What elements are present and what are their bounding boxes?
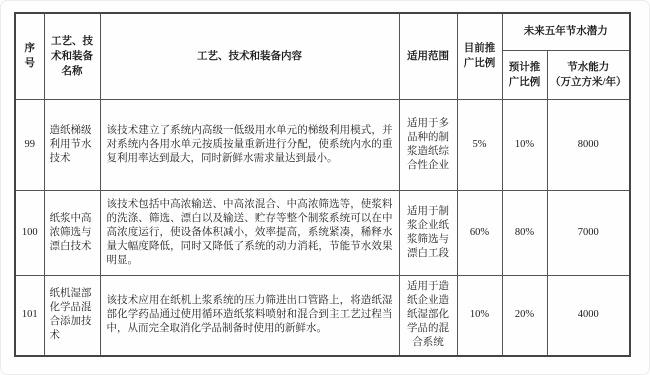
row-scope: 适用于多品种的制浆造纸综合性企业 — [399, 99, 457, 190]
row-capacity: 7000 — [547, 190, 630, 275]
row-no: 99 — [15, 99, 44, 190]
document-page: 序 号 工艺、技术和装备名称 工艺、技术和装备内容 适用范围 目前推广比例 未来… — [0, 0, 650, 375]
header-scope: 适用范围 — [399, 13, 457, 99]
table-row-100: 100 纸浆中高浓筛选与漂白技术 该技术包括中高浓输送、中高浓混合、中高浓筛选等… — [15, 190, 630, 275]
row-content: 该技术建立了系统内高级一低级用水单元的梯级利用模式，并对系统内各用水单元按质按量… — [100, 99, 399, 190]
row-scope: 适用于制浆企业纸浆筛选与漂白工段 — [399, 190, 457, 275]
header-name: 工艺、技术和装备名称 — [44, 13, 100, 99]
row-capacity: 4000 — [547, 275, 630, 356]
row-no: 100 — [15, 190, 44, 275]
row-capacity: 8000 — [547, 99, 630, 190]
row-expected-ratio: 20% — [502, 275, 547, 356]
header-content: 工艺、技术和装备内容 — [100, 13, 399, 99]
table-row-101: 101 纸机湿部化学品混合添加技术 该技术应用在纸机上浆系统的压力筛进出口管路上… — [15, 275, 630, 356]
row-name: 造纸梯级利用节水技术 — [44, 99, 100, 190]
header-current-ratio: 目前推广比例 — [457, 13, 502, 99]
table-body: 99 造纸梯级利用节水技术 该技术建立了系统内高级一低级用水单元的梯级利用模式，… — [15, 99, 630, 356]
row-content: 该技术应用在纸机上浆系统的压力筛进出口管路上，将造纸湿部化学药品通过使用循环造纸… — [100, 275, 399, 356]
row-expected-ratio: 80% — [502, 190, 547, 275]
water-saving-technology-table: 序 号 工艺、技术和装备名称 工艺、技术和装备内容 适用范围 目前推广比例 未来… — [14, 12, 631, 357]
row-name: 纸浆中高浓筛选与漂白技术 — [44, 190, 100, 275]
table-header: 序 号 工艺、技术和装备名称 工艺、技术和装备内容 适用范围 目前推广比例 未来… — [15, 13, 630, 99]
row-current-ratio: 60% — [457, 190, 502, 275]
row-content: 该技术包括中高浓输送、中高浓混合、中高浓筛选等，使浆料的洗涤、筛选、漂白以及输送… — [100, 190, 399, 275]
header-expected-ratio: 预计推广比例 — [502, 50, 547, 99]
row-name: 纸机湿部化学品混合添加技术 — [44, 275, 100, 356]
header-row-1: 序 号 工艺、技术和装备名称 工艺、技术和装备内容 适用范围 目前推广比例 未来… — [15, 13, 630, 50]
header-no: 序 号 — [15, 13, 44, 99]
header-future-potential-group: 未来五年节水潜力 — [502, 13, 630, 50]
row-expected-ratio: 10% — [502, 99, 547, 190]
header-capacity: 节水能力 （万立方米/年） — [547, 50, 630, 99]
row-scope: 适用于造纸企业造纸湿部化学品的混合系统 — [399, 275, 457, 356]
table-row-99: 99 造纸梯级利用节水技术 该技术建立了系统内高级一低级用水单元的梯级利用模式，… — [15, 99, 630, 190]
row-current-ratio: 5% — [457, 99, 502, 190]
row-no: 101 — [15, 275, 44, 356]
row-current-ratio: 10% — [457, 275, 502, 356]
